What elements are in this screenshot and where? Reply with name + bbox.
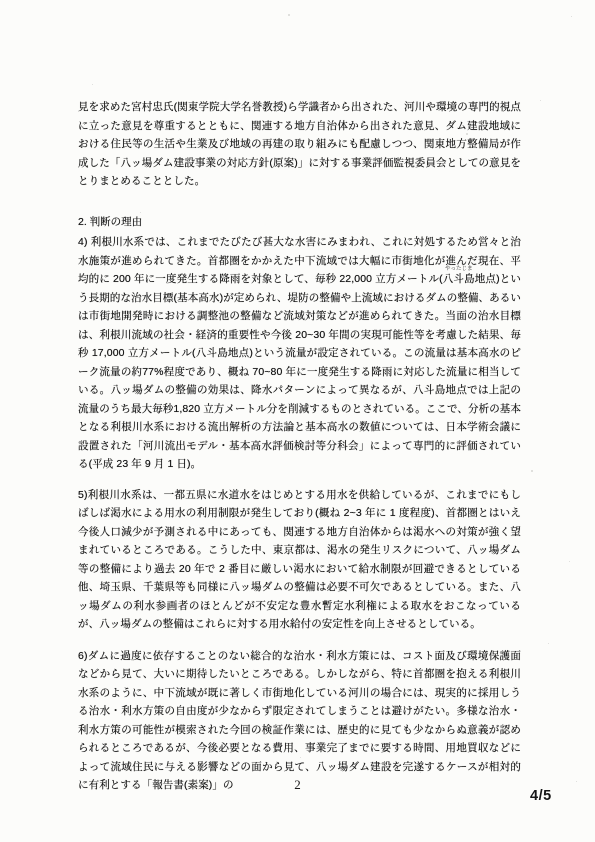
- paragraph-item-6: 6)ダムに過度に依存することのない総合的な治水・利水方策には、コスト面及び環境保…: [78, 647, 521, 795]
- scan-speck: [420, 772, 421, 773]
- scan-speck: [288, 14, 290, 16]
- scan-speck: [300, 757, 301, 758]
- sheet-number: 4/5: [530, 788, 552, 804]
- scan-speck: [540, 100, 541, 101]
- scan-speck: [576, 781, 577, 782]
- scan-speck: [140, 212, 141, 213]
- paragraph-item-4: 4) 利根川水系では、これまでたびたび甚大な水害にみまわれ、これに対処するため営…: [78, 233, 521, 474]
- scan-speck: [571, 16, 572, 17]
- scan-speck: [531, 470, 533, 472]
- yattajima-furigana: やったじま: [445, 266, 473, 272]
- scan-speck: [548, 643, 549, 644]
- scan-speck: [466, 133, 468, 135]
- paragraph-item-5: 5)利根川水系は、一都五県に水道水をはじめとする用水を供給しているが、これまでに…: [78, 486, 521, 634]
- yattajima-ruby: 八斗島やったじま: [443, 273, 475, 285]
- scan-speck: [569, 561, 570, 562]
- scan-speck: [92, 84, 93, 85]
- intro-paragraph: 見を求めた宮村忠氏(関東学院大学名誉教授)ら学識者から出された、河川や環境の専門…: [78, 98, 521, 191]
- item4-text-after-ruby: 地点)という長期的な治水目標(基本高水)が定められ、堤防の整備や上流域におけるダ…: [78, 273, 521, 470]
- document-body: 見を求めた宮村忠氏(関東学院大学名誉教授)ら学識者から出された、河川や環境の専門…: [78, 98, 521, 795]
- document-page: 見を求めた宮村忠氏(関東学院大学名誉教授)ら学識者から出された、河川や環境の専門…: [0, 0, 595, 842]
- yattajima-ruby-base: 八斗島: [443, 273, 475, 285]
- section-heading: 2. 判断の理由: [78, 213, 521, 232]
- page-number: 2: [0, 777, 595, 793]
